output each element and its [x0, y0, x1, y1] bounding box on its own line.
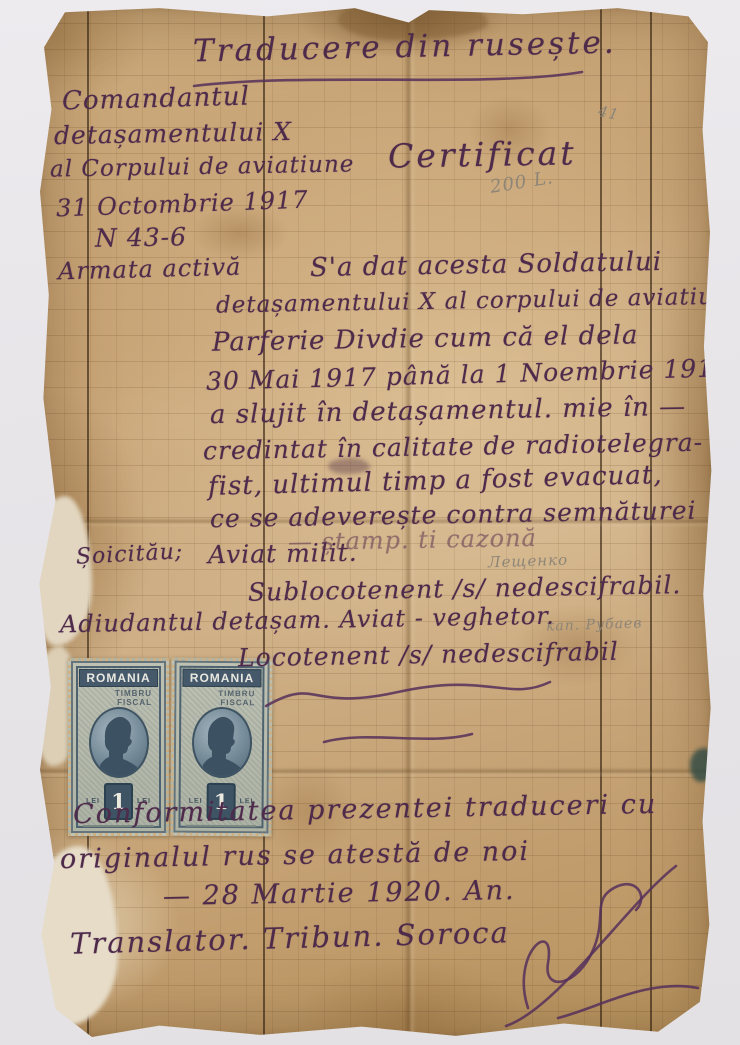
stamp-type-label: TIMBRU FISCAL	[115, 689, 152, 707]
pencil-note-middle: Лещенко	[488, 553, 569, 571]
body-line: S'a dat acesta Soldatului	[310, 249, 662, 281]
stamp-king-portrait-icon	[89, 707, 149, 778]
stamp-type-label: TIMBRU FISCAL	[218, 689, 255, 708]
stamp-country-label: ROMANIA	[79, 669, 157, 687]
signature-left-note: Șoicitău;	[75, 541, 183, 569]
translator-signature-flourish	[498, 858, 713, 1033]
separator-dash-stroke	[318, 722, 478, 752]
document-sheet: Traducere din rusește. Comandantul detaș…	[38, 6, 712, 1038]
body-line: a slujit în detașamentul. mie în —	[210, 394, 687, 428]
signature-flourish-line	[258, 668, 558, 714]
header-line: Armata activă	[58, 255, 242, 284]
signature-sublocotenent-line: Sublocotenent /s/ nedescifrabil.	[248, 572, 682, 605]
header-line: Comandantul	[62, 84, 250, 115]
pencil-note-right: кап. Рубаев	[546, 616, 643, 633]
document-title: Traducere din rusește.	[193, 28, 617, 68]
stamp-type-line1: TIMBRU	[218, 689, 255, 698]
stamp-type-line2: FISCAL	[115, 698, 152, 707]
pencil-note-top-right: 41	[597, 104, 621, 123]
body-line: Parferie Divdie cum că el dela	[212, 322, 639, 355]
signature-aviat-line: Aviat milit.	[208, 540, 358, 568]
header-line: N 43-6	[95, 224, 187, 251]
certificate-heading: Certificat	[388, 136, 577, 172]
signature-locotenent-line: Locotenent /s/ nedescifrabil	[238, 639, 619, 671]
stamp-king-portrait-icon	[191, 707, 251, 778]
attestation-line: originalul rus se atestă de noi	[60, 838, 530, 873]
ink-smudge-dark-teal	[690, 748, 716, 782]
stamp-type-line1: TIMBRU	[115, 689, 152, 698]
header-line: al Corpului de aviatiune	[50, 153, 355, 181]
header-line: detașamentului X	[54, 119, 292, 148]
stamp-type-line2: FISCAL	[218, 698, 255, 707]
attestation-date-line: — 28 Martie 1920. An.	[163, 877, 516, 910]
